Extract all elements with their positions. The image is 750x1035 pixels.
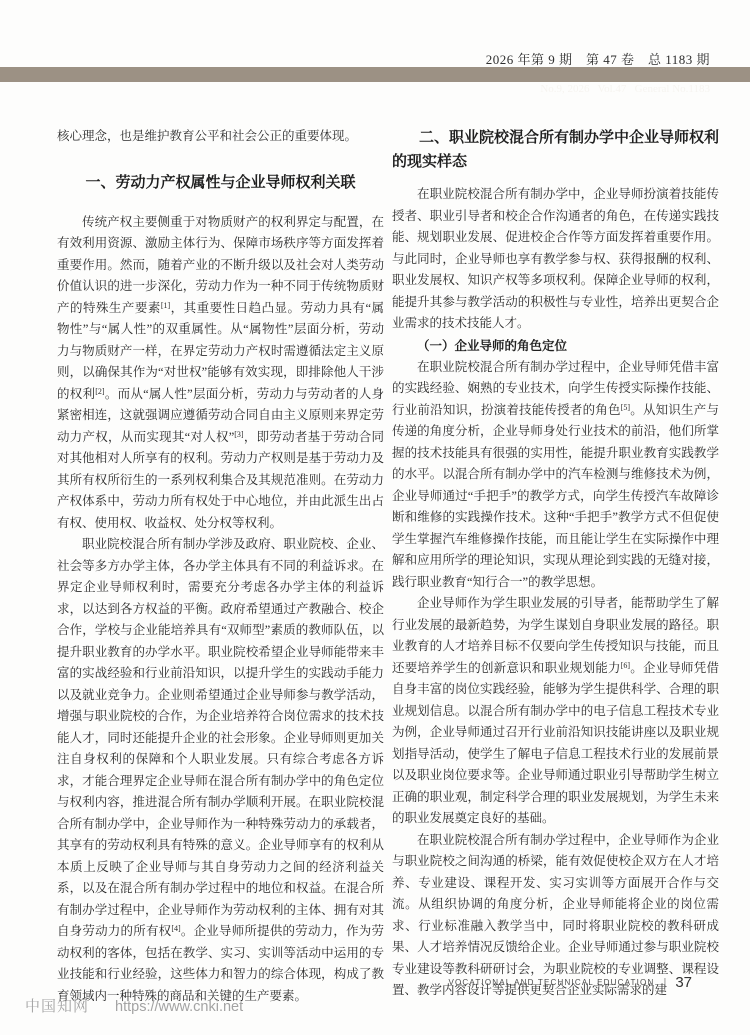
subsection-1-heading: （一）企业导师的角色定位 (392, 335, 719, 357)
body-paragraph: 企业导师作为学生职业发展的引导者，能帮助学生了解行业发展的最新趋势，为学生谋划自… (392, 593, 719, 830)
body-paragraph: 在职业院校混合所有制办学过程中，企业导师凭借丰富的实践经验、娴熟的专业技术，向学… (392, 357, 719, 594)
body-paragraph: 传统产权主要侧重于对物质财产的权利界定与配置，在有效利用资源、激励主体行为、保障… (57, 212, 384, 535)
section-2-heading: 二、职业院校混合所有制办学中企业导师权利的现实样态 (392, 126, 719, 174)
cnki-site-url: https://www.cnki.net (115, 999, 243, 1015)
continuation-paragraph: 核心理念，也是维护教育公平和社会公正的重要体现。 (57, 126, 384, 148)
page-footer-right: VOCATIONAL AND TECHNICAL EDUCATION | 37 (448, 974, 692, 991)
body-paragraph: 在职业院校混合所有制办学中，企业导师扮演着技能传授者、职业引导者和校企合作沟通者… (392, 184, 719, 335)
cnki-site-name: 中国知网 (25, 995, 89, 1016)
footer-watermark: 中国知网 https://www.cnki.net (25, 995, 243, 1016)
issue-info-en: No.9, 2026 Vol.47 General No.1183 (540, 83, 710, 95)
footer-divider: | (663, 977, 666, 989)
right-column: 二、职业院校混合所有制办学中企业导师权利的现实样态 在职业院校混合所有制办学中，… (392, 126, 719, 1007)
issue-info-bar: No.9, 2026 Vol.47 General No.1183 (0, 67, 750, 82)
page-number: 37 (675, 974, 692, 991)
issue-info-cn: 2026 年第 9 期 第 47 卷 总 1183 期 (486, 49, 710, 68)
body-paragraph: 职业院校混合所有制办学涉及政府、职业院校、企业、社会等多方办学主体，各办学主体具… (57, 534, 384, 1007)
left-column: 核心理念，也是维护教育公平和社会公正的重要体现。 一、劳动力产权属性与企业导师权… (57, 126, 384, 1007)
content-columns: 核心理念，也是维护教育公平和社会公正的重要体现。 一、劳动力产权属性与企业导师权… (57, 126, 719, 1007)
section-1-heading: 一、劳动力产权属性与企业导师权利关联 (57, 171, 384, 195)
journal-name-en: VOCATIONAL AND TECHNICAL EDUCATION (448, 978, 654, 987)
journal-page: 2026 年第 9 期 第 47 卷 总 1183 期 No.9, 2026 V… (0, 0, 750, 1035)
